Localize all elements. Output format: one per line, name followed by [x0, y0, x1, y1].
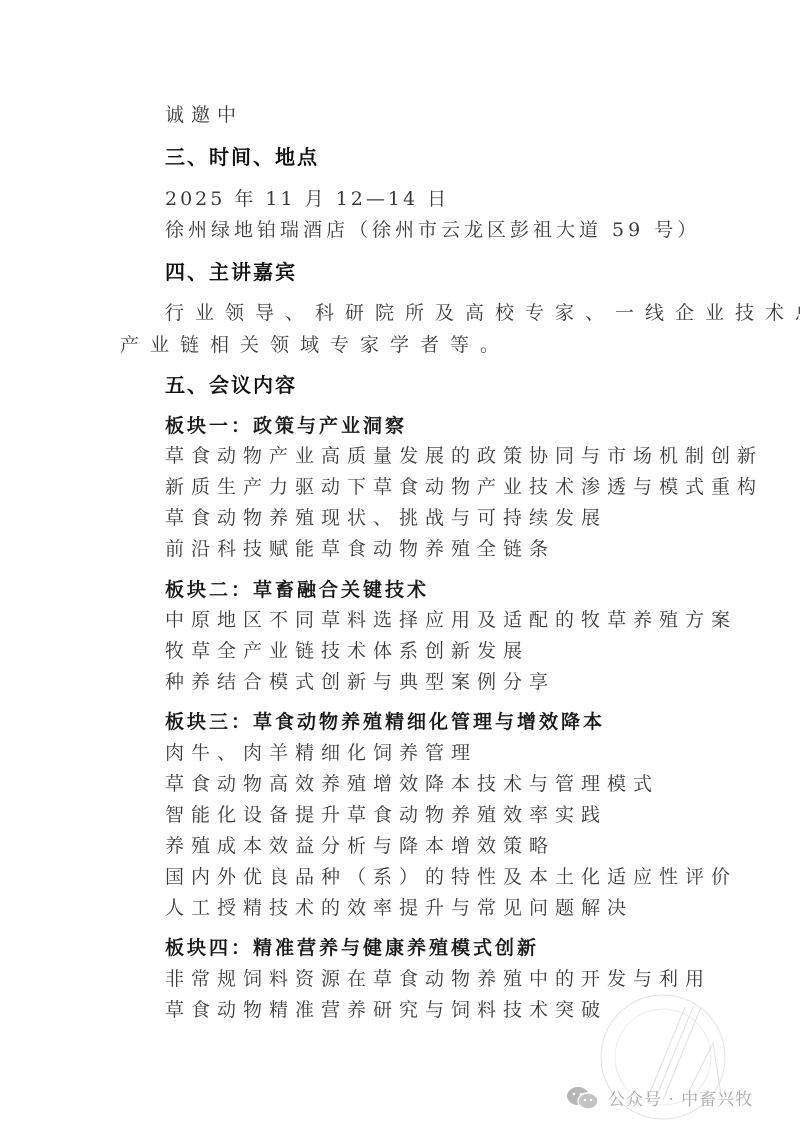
block3-item: 智能化设备提升草食动物养殖效率实践	[165, 803, 607, 827]
block1-item: 草食动物养殖现状、挑战与可持续发展	[165, 506, 607, 530]
block3-item: 人工授精技术的效率提升与常见问题解决	[165, 896, 633, 920]
speakers-line2: 产业链相关领域专家学者等。	[120, 333, 510, 357]
block2-item: 种养结合模式创新与典型案例分享	[165, 670, 555, 694]
intro-line: 诚邀中	[165, 103, 243, 127]
block2-item: 牧草全产业链技术体系创新发展	[165, 639, 529, 663]
block1-title: 板块一：政策与产业洞察	[165, 414, 407, 438]
section4-heading: 四、主讲嘉宾	[165, 259, 297, 285]
event-date: 2025 年 11 月 12—14 日	[165, 187, 449, 211]
block3-item: 养殖成本效益分析与降本增效策略	[165, 834, 555, 858]
block4-title: 板块四：精准营养与健康养殖模式创新	[165, 936, 539, 960]
block1-item: 新质生产力驱动下草食动物产业技术渗透与模式重构	[165, 475, 763, 499]
block3-title: 板块三：草食动物养殖精细化管理与增效降本	[165, 710, 605, 734]
block3-item: 草食动物高效养殖增效降本技术与管理模式	[165, 772, 659, 796]
block2-title: 板块二：草畜融合关键技术	[165, 578, 429, 602]
event-venue: 徐州绿地铂瑞酒店（徐州市云龙区彭祖大道 59 号）	[165, 218, 700, 242]
block3-item: 肉牛、肉羊精细化饲养管理	[165, 741, 477, 765]
block1-item: 草食动物产业高质量发展的政策协同与市场机制创新	[165, 444, 763, 468]
wechat-account-label: 公众号 · 中畜兴牧	[608, 1085, 753, 1110]
section3-heading: 三、时间、地点	[165, 144, 319, 170]
wechat-account-footer: 公众号 · 中畜兴牧	[566, 1085, 753, 1110]
wechat-icon	[566, 1086, 600, 1110]
block3-item: 国内外优良品种（系）的特性及本土化适应性评价	[165, 865, 737, 889]
block1-item: 前沿科技赋能草食动物养殖全链条	[165, 537, 555, 561]
block2-item: 中原地区不同草料选择应用及适配的牧草养殖方案	[165, 608, 737, 632]
block4-item: 草食动物精准营养研究与饲料技术突破	[165, 998, 607, 1022]
speakers-line1: 行业领导、科研院所及高校专家、一线企业技术总监、	[165, 301, 800, 325]
section5-heading: 五、会议内容	[165, 372, 297, 398]
